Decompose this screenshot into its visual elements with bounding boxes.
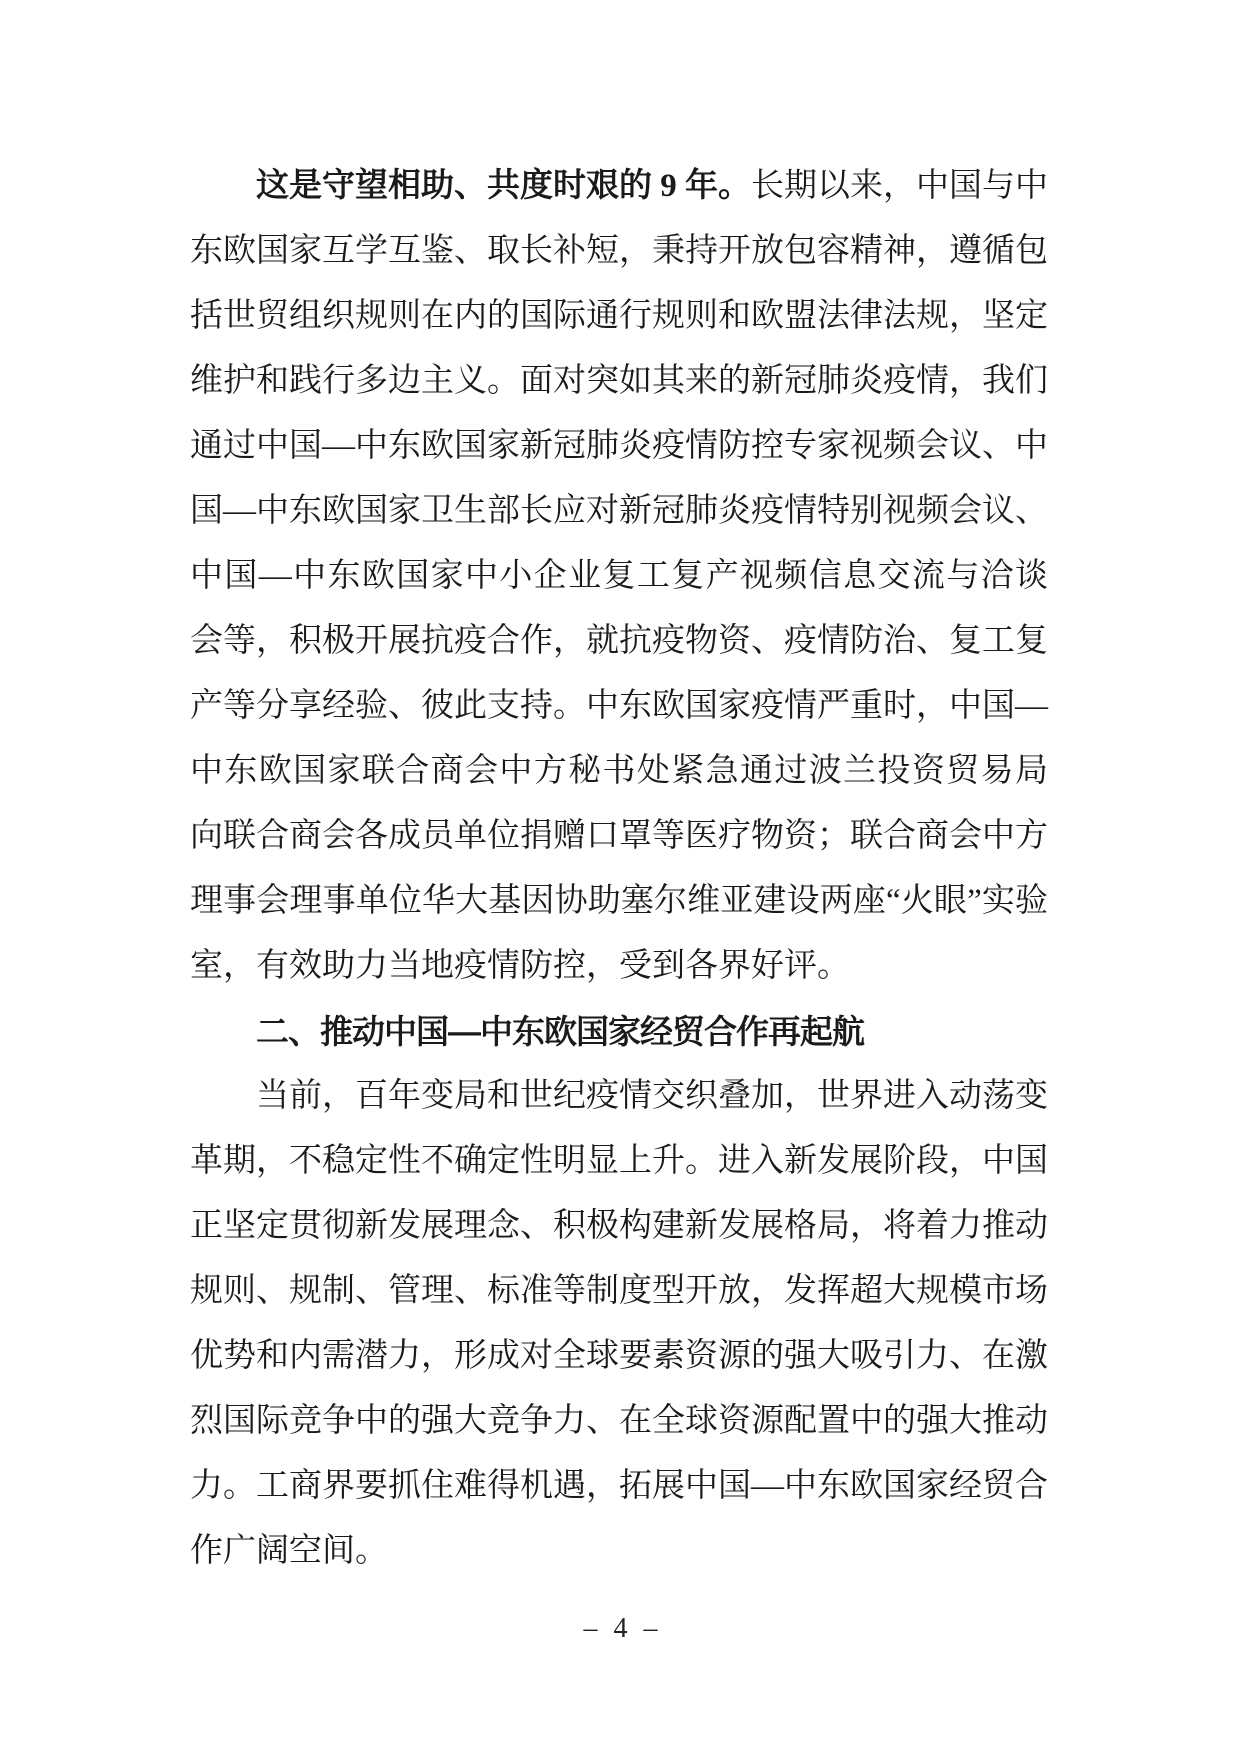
page-number: – 4 – [0, 1613, 1241, 1645]
document-page: 这是守望相助、共度时艰的 9 年。长期以来，中国与中 东欧国家互学互鉴、取长补短… [0, 0, 1241, 1754]
section-heading-2: 二、推动中国—中东欧国家经贸合作再起航 [190, 999, 1048, 1064]
p2-line-7: 力。工商界要抓住难得机遇，拓展中国—中东欧国家经贸合 [190, 1454, 1048, 1519]
p1-line-8: 会等，积极开展抗疫合作，就抗疫物资、疫情防治、复工复 [190, 609, 1048, 674]
p2-line-4: 规则、规制、管理、标准等制度型开放，发挥超大规模市场 [190, 1259, 1048, 1324]
p2-line-6: 烈国际竞争中的强大竞争力、在全球资源配置中的强大推动 [190, 1389, 1048, 1454]
p1-line-9: 产等分享经验、彼此支持。中东欧国家疫情严重时，中国— [190, 674, 1048, 739]
p1-line-6: 国—中东欧国家卫生部长应对新冠肺炎疫情特别视频会议、 [190, 479, 1048, 544]
document-body: 这是守望相助、共度时艰的 9 年。长期以来，中国与中 东欧国家互学互鉴、取长补短… [190, 154, 1048, 1584]
p1-line-2: 东欧国家互学互鉴、取长补短，秉持开放包容精神，遵循包 [190, 219, 1048, 284]
p1-line-3: 括世贸组织规则在内的国际通行规则和欧盟法律法规，坚定 [190, 284, 1048, 349]
p1-line-1-rest: 长期以来，中国与中 [751, 168, 1048, 204]
p1-line-1: 这是守望相助、共度时艰的 9 年。长期以来，中国与中 [190, 154, 1048, 219]
p2-line-2: 革期，不稳定性不确定性明显上升。进入新发展阶段，中国 [190, 1129, 1048, 1194]
p2-line-1: 当前，百年变局和世纪疫情交织叠加，世界进入动荡变 [190, 1064, 1048, 1129]
p2-line-8: 作广阔空间。 [190, 1519, 1048, 1584]
p1-line-4: 维护和践行多边主义。面对突如其来的新冠肺炎疫情，我们 [190, 349, 1048, 414]
p1-line-13: 室，有效助力当地疫情防控，受到各界好评。 [190, 934, 1048, 999]
p1-line-7: 中国—中东欧国家中小企业复工复产视频信息交流与洽谈 [190, 544, 1048, 609]
p1-line-12: 理事会理事单位华大基因协助塞尔维亚建设两座“火眼”实验 [190, 869, 1048, 934]
p2-line-3: 正坚定贯彻新发展理念、积极构建新发展格局，将着力推动 [190, 1194, 1048, 1259]
p2-line-5: 优势和内需潜力，形成对全球要素资源的强大吸引力、在激 [190, 1324, 1048, 1389]
p1-line-11: 向联合商会各成员单位捐赠口罩等医疗物资；联合商会中方 [190, 804, 1048, 869]
p1-line-10: 中东欧国家联合商会中方秘书处紧急通过波兰投资贸易局 [190, 739, 1048, 804]
p1-lead-bold-sentence: 这是守望相助、共度时艰的 9 年。 [256, 168, 751, 204]
p1-line-5: 通过中国—中东欧国家新冠肺炎疫情防控专家视频会议、中 [190, 414, 1048, 479]
